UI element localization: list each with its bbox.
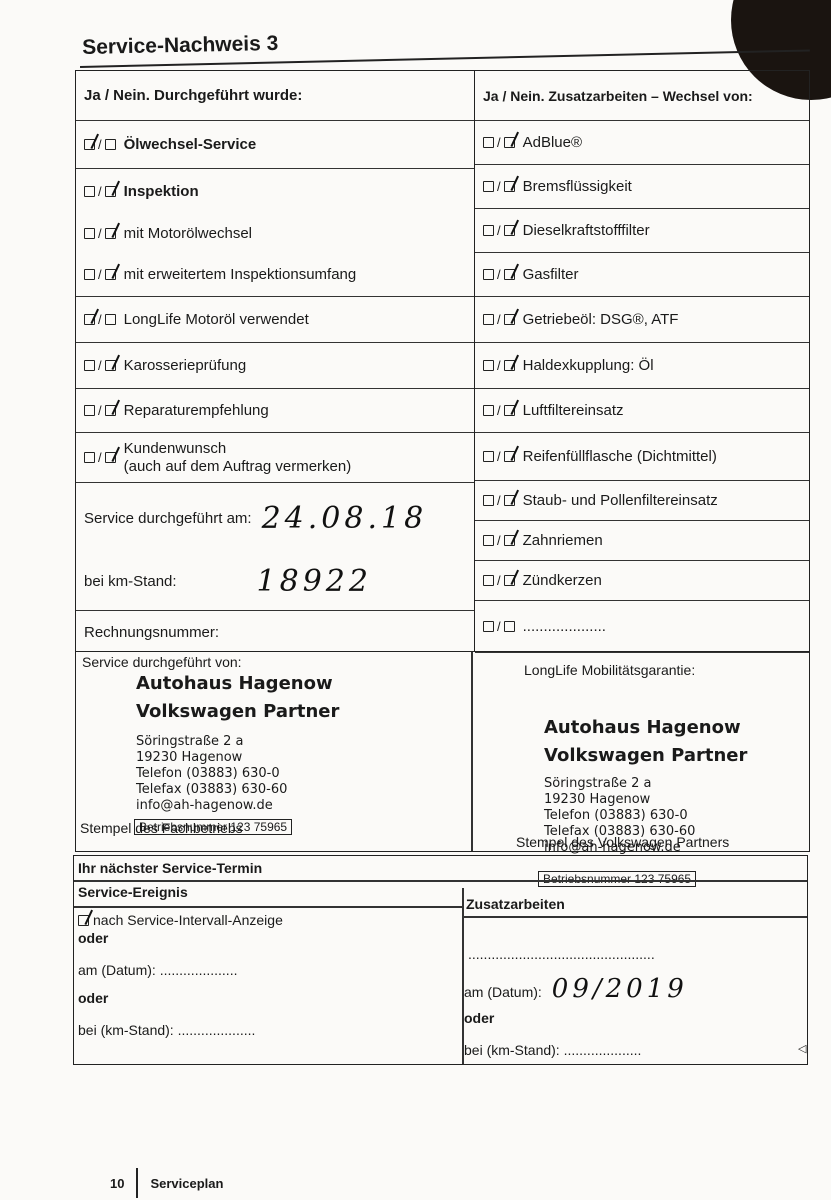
yes-no-checkbox-group: / [84,184,116,199]
slash-separator: / [497,135,501,150]
dealer-fax: Telefax (03883) 630-60 [136,782,339,798]
slash-separator: / [98,358,102,373]
performed-by-label: Service durchgeführt von: [82,654,242,670]
additional-date-label: am (Datum): [464,984,542,1000]
item-label: Ölwechsel-Service [124,136,257,153]
yes-no-checkbox-group: / [483,573,515,588]
right-item-row: /Luftfiltereinsatz [475,389,809,433]
slash-separator: / [497,267,501,282]
item-label: Zündkerzen [523,572,602,589]
performed-work-table: Ja / Nein. Durchgeführt wurde: /Ölwechse… [75,70,475,652]
yes-no-checkbox-group: / [84,226,116,241]
yes-checkbox[interactable] [483,451,494,462]
yes-checkbox[interactable] [483,137,494,148]
dealer-street: Söringstraße 2 a [136,734,339,750]
yes-no-checkbox-group: / [483,223,515,238]
additional-km-label: bei (km-Stand): [464,1042,560,1058]
service-event-header: Service-Ereignis [78,884,188,900]
no-checkbox[interactable] [504,181,515,192]
left-item-row: /Ölwechsel-Service [76,121,474,169]
next-date-row: am (Datum): .................... [78,962,237,978]
dealer-name: Autohaus Hagenow [136,670,339,698]
right-item-row: /Zündkerzen [475,561,809,601]
yes-no-checkbox-group: / [84,267,116,282]
item-label: AdBlue® [523,134,582,151]
next-date-value[interactable]: .................... [160,962,238,978]
yes-checkbox[interactable] [84,228,95,239]
slash-separator: / [497,179,501,194]
yes-no-checkbox-group: / [84,137,116,152]
km-value[interactable]: 18922 [257,564,372,599]
item-label: Bremsflüssigkeit [523,178,632,195]
dealer-stamp-left: Autohaus Hagenow Volkswagen Partner Söri… [136,670,339,814]
or-label: oder [78,930,108,946]
yes-checkbox[interactable] [483,314,494,325]
dealer-phone: Telefon (03883) 630-0 [544,808,747,824]
no-checkbox[interactable] [105,228,116,239]
yes-no-checkbox-group: / [84,450,116,465]
right-item-row: /Staub- und Pollenfiltereinsatz [475,481,809,521]
yes-no-checkbox-group: / [483,493,515,508]
yes-checkbox[interactable] [483,181,494,192]
section-name: Serviceplan [150,1176,223,1191]
item-label: Zahnriemen [523,532,603,549]
service-date-label: Service durchgeführt am: [84,510,252,527]
item-label: Gasfilter [523,266,579,283]
slash-separator: / [98,184,102,199]
dealer-email: info@ah-hagenow.de [136,798,339,814]
additional-date-value[interactable]: 09/2019 [552,974,688,1004]
slash-separator: / [497,358,501,373]
no-checkbox[interactable] [105,452,116,463]
no-checkbox[interactable] [105,186,116,197]
invoice-label: Rechnungsnummer: [84,624,219,641]
left-item-row: /Karosserieprüfung [76,343,474,389]
invoice-row: Rechnungsnummer: [76,611,474,653]
yes-no-checkbox-group: / [483,449,515,464]
additional-work-header: Ja / Nein. Zusatzarbeiten – Wechsel von: [475,71,809,121]
no-checkbox[interactable] [105,405,116,416]
no-checkbox[interactable] [504,621,515,632]
yes-checkbox[interactable] [483,405,494,416]
no-checkbox[interactable] [504,535,515,546]
item-label: Luftfiltereinsatz [523,402,624,419]
additional-km-value[interactable]: .................... [564,1042,642,1058]
yes-no-checkbox-group: / [84,312,116,327]
dealer-subtitle: Volkswagen Partner [136,698,339,726]
yes-no-checkbox-group: / [84,403,116,418]
slash-separator: / [497,619,501,634]
dealer-phone: Telefon (03883) 630-0 [136,766,339,782]
slash-separator: / [98,403,102,418]
right-item-row: /Reifenfüllflasche (Dichtmittel) [475,433,809,481]
yes-no-checkbox-group: / [483,312,515,327]
yes-checkbox[interactable] [84,269,95,280]
no-checkbox[interactable] [504,225,515,236]
yes-no-checkbox-group: / [483,179,515,194]
slash-separator: / [497,573,501,588]
service-date-value[interactable]: 24.08.18 [262,501,428,536]
right-item-row: /AdBlue® [475,121,809,165]
additional-work-header-2: Zusatzarbeiten [466,896,565,912]
no-checkbox[interactable] [504,360,515,371]
left-item-row: /Kundenwunsch(auch auf dem Auftrag verme… [76,433,474,483]
yes-checkbox[interactable] [483,360,494,371]
yes-checkbox[interactable] [483,535,494,546]
left-item-row: /Inspektion [76,169,474,213]
yes-no-checkbox-group: / [483,358,515,373]
no-checkbox[interactable] [504,495,515,506]
right-item-row: /Haldexkupplung: Öl [475,343,809,389]
slash-separator: / [497,403,501,418]
yes-no-checkbox-group: / [483,403,515,418]
interval-option[interactable]: nach Service-Intervall-Anzeige [78,912,283,928]
next-service-table: Ihr nächster Service-Termin Service-Erei… [73,855,808,1065]
yes-checkbox[interactable] [84,314,95,325]
next-km-row: bei (km-Stand): .................... [78,1022,255,1038]
or-label: oder [464,1010,494,1026]
next-date-label: am (Datum): [78,962,156,978]
page-title: Service-Nachweis 3 [82,32,279,60]
no-checkbox[interactable] [105,269,116,280]
next-km-label: bei (km-Stand): [78,1022,174,1038]
no-checkbox[interactable] [105,360,116,371]
slash-separator: / [497,223,501,238]
right-item-row: /Zahnriemen [475,521,809,561]
dealer-street: Söringstraße 2 a [544,776,747,792]
next-service-title: Ihr nächster Service-Termin [78,860,262,876]
dealer-name: Autohaus Hagenow [544,714,747,742]
item-label: Reparaturempfehlung [124,402,269,419]
yes-checkbox[interactable] [483,269,494,280]
additional-km-row: bei (km-Stand): .................... [464,1042,641,1058]
no-checkbox[interactable] [504,405,515,416]
yes-checkbox[interactable] [483,495,494,506]
performed-work-header: Ja / Nein. Durchgeführt wurde: [76,71,474,121]
left-item-row: /Reparaturempfehlung [76,389,474,433]
no-checkbox[interactable] [504,269,515,280]
stamp-section: Service durchgeführt von: Autohaus Hagen… [75,652,810,852]
interval-checkbox[interactable] [78,915,89,926]
yes-no-checkbox-group: / [483,619,515,634]
yes-no-checkbox-group: / [84,358,116,373]
item-label: Karosserieprüfung [124,357,247,374]
no-checkbox[interactable] [105,139,116,150]
item-label: Reifenfüllflasche (Dichtmittel) [523,448,717,465]
yes-checkbox[interactable] [84,139,95,150]
business-number-left: Betriebsnummer 123 75965 [134,819,292,835]
item-label: LongLife Motoröl verwendet [124,311,309,328]
item-label: Dieselkraftstofffilter [523,222,650,239]
or-label: oder [78,990,108,1006]
yes-no-checkbox-group: / [483,135,515,150]
km-row: bei km-Stand: 18922 [76,553,474,611]
slash-separator: / [497,449,501,464]
page-footer: 10 Serviceplan [110,1168,223,1198]
item-label: mit Motorölwechsel [124,225,252,242]
left-item-row: /mit Motorölwechsel [76,213,474,253]
no-checkbox[interactable] [504,137,515,148]
yes-no-checkbox-group: / [483,267,515,282]
item-sublabel: (auch auf dem Auftrag vermerken) [124,458,352,476]
yes-checkbox[interactable] [483,225,494,236]
yes-checkbox[interactable] [84,405,95,416]
slash-separator: / [98,226,102,241]
no-checkbox[interactable] [504,314,515,325]
right-item-row: /Getriebeöl: DSG®, ATF [475,297,809,343]
additional-work-table: Ja / Nein. Zusatzarbeiten – Wechsel von:… [475,70,810,652]
additional-date-row: am (Datum): 09/2019 [464,974,688,1004]
slash-separator: / [98,450,102,465]
mobility-label: LongLife Mobilitätsgarantie: [524,662,695,678]
yes-checkbox[interactable] [84,186,95,197]
no-checkbox[interactable] [504,575,515,586]
right-item-row: /Dieselkraftstofffilter [475,209,809,253]
dealer-city: 19230 Hagenow [136,750,339,766]
interval-label: nach Service-Intervall-Anzeige [93,912,283,928]
right-item-row: /Bremsflüssigkeit [475,165,809,209]
no-checkbox[interactable] [105,314,116,325]
item-label: Haldexkupplung: Öl [523,357,654,374]
right-item-row: /Gasfilter [475,253,809,297]
next-km-value[interactable]: .................... [178,1022,256,1038]
yes-checkbox[interactable] [84,452,95,463]
stamp-label-right: Stempel des Volkswagen Partners [516,834,729,850]
slash-separator: / [98,312,102,327]
no-checkbox[interactable] [504,451,515,462]
item-label: mit erweitertem Inspektionsumfang [124,266,357,283]
slash-separator: / [497,312,501,327]
arrow-left-icon: ◁ [798,1042,806,1055]
slash-separator: / [497,533,501,548]
footer-divider [136,1168,138,1198]
yes-checkbox[interactable] [483,621,494,632]
slash-separator: / [497,493,501,508]
km-label: bei km-Stand: [84,573,177,590]
right-item-row: /.................... [475,601,809,653]
additional-work-blank[interactable]: ........................................… [468,946,655,962]
item-label: Kundenwunsch [124,440,352,458]
dealer-subtitle: Volkswagen Partner [544,742,747,770]
dealer-city: 19230 Hagenow [544,792,747,808]
yes-checkbox[interactable] [483,575,494,586]
item-label: .................... [523,618,606,635]
slash-separator: / [98,137,102,152]
slash-separator: / [98,267,102,282]
yes-no-checkbox-group: / [483,533,515,548]
service-date-row: Service durchgeführt am: 24.08.18 [76,483,474,553]
item-label: Getriebeöl: DSG®, ATF [523,311,679,328]
left-item-row: /mit erweitertem Inspektionsumfang [76,253,474,297]
page-number: 10 [110,1176,124,1191]
yes-checkbox[interactable] [84,360,95,371]
item-label: Staub- und Pollenfiltereinsatz [523,492,718,509]
left-item-row: /LongLife Motoröl verwendet [76,297,474,343]
item-label: Inspektion [124,183,199,200]
